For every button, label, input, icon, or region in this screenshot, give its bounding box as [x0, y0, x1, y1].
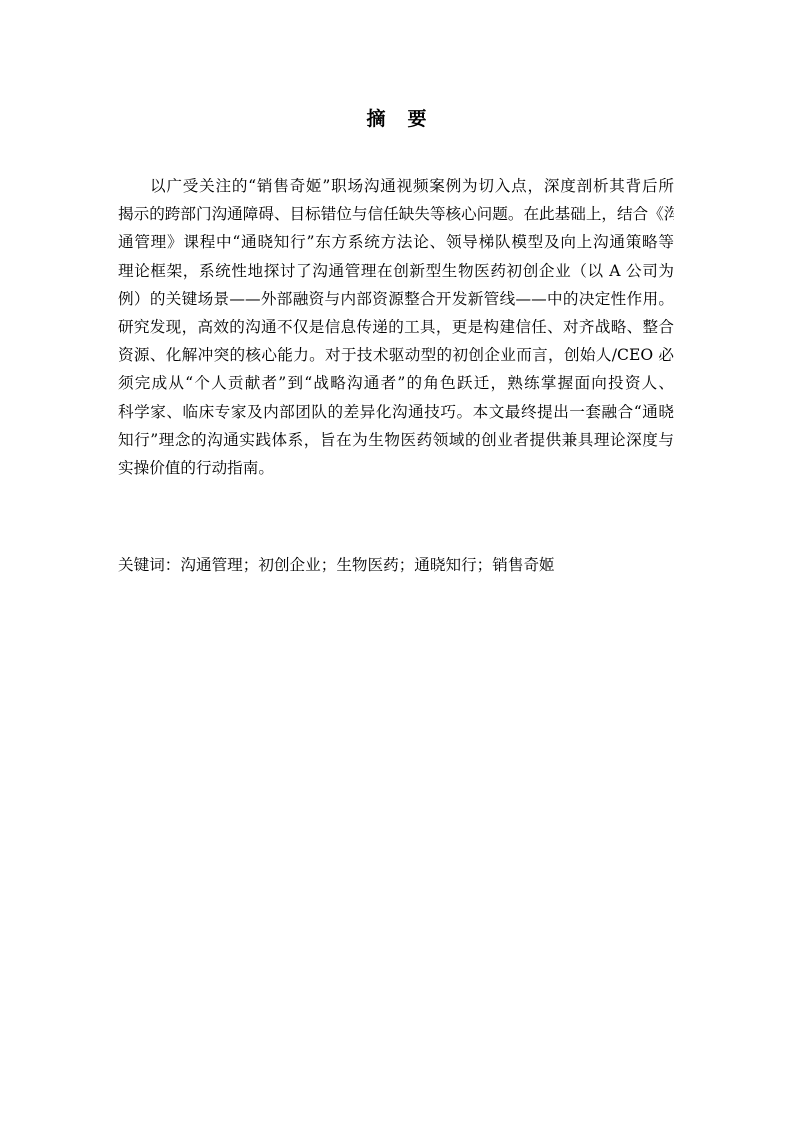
abstract-line: 通管理》课程中“通晓知行”东方系统方法论、领导梯队模型及向上沟通策略等 — [118, 228, 674, 256]
title-char-1: 摘 — [366, 108, 385, 130]
title-char-2: 要 — [408, 108, 427, 130]
abstract-line: 须完成从“个人贡献者”到“战略沟通者”的角色跃迁，熟练掌握面向投资人、 — [118, 369, 674, 397]
abstract-line: 研究发现，高效的沟通不仅是信息传递的工具，更是构建信任、对齐战略、整合 — [118, 313, 674, 341]
abstract-line: 以广受关注的“销售奇姬”职场沟通视频案例为切入点，深度剖析其背后所 — [118, 172, 674, 200]
keywords: 关键词：沟通管理；初创企业；生物医药；通晓知行；销售奇姬 — [118, 552, 555, 578]
abstract-line: 理论框架，系统性地探讨了沟通管理在创新型生物医药初创企业（以 A 公司为 — [118, 257, 674, 285]
abstract-line: 科学家、临床专家及内部团队的差异化沟通技巧。本文最终提出一套融合“通晓 — [118, 398, 674, 426]
abstract-line: 例）的关键场景——外部融资与内部资源整合开发新管线——中的决定性作用。 — [118, 285, 674, 313]
abstract-line: 实操价值的行动指南。 — [118, 454, 674, 482]
abstract-body: 以广受关注的“销售奇姬”职场沟通视频案例为切入点，深度剖析其背后所 揭示的跨部门… — [118, 172, 674, 482]
page-title: 摘要 — [0, 104, 793, 131]
abstract-line: 知行”理念的沟通实践体系，旨在为生物医药领域的创业者提供兼具理论深度与 — [118, 426, 674, 454]
abstract-line: 资源、化解冲突的核心能力。对于技术驱动型的初创企业而言，创始人/CEO 必 — [118, 341, 674, 369]
abstract-line: 揭示的跨部门沟通障碍、目标错位与信任缺失等核心问题。在此基础上，结合《沟 — [118, 200, 674, 228]
